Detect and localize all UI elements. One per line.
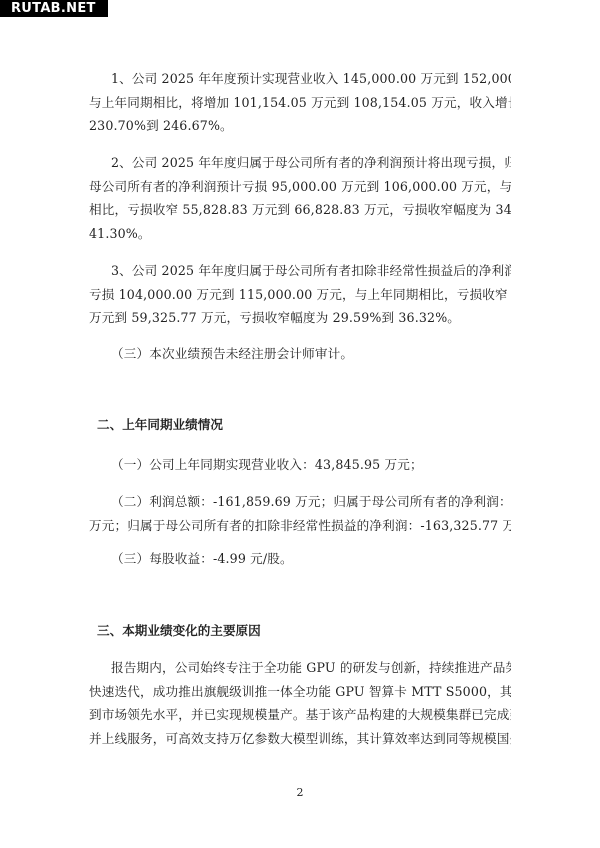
audit-note: （三）本次业绩预告未经注册会计师审计。 [89,342,511,366]
text-line: 1、公司 2025 年年度预计实现营业收入 145,000.00 万元到 152… [89,67,511,91]
text-line: （三）每股收益：-4.99 元/股。 [89,547,511,571]
prior-year-revenue: （一）公司上年同期实现营业收入：43,845.95 万元； [89,453,511,477]
text-line: 快速迭代，成功推出旗舰级训推一体全功能 GPU 智算卡 MTT S5000，其性… [89,680,511,704]
forecast-item-net-profit: 2、公司 2025 年年度归属于母公司所有者的净利润预计将出现亏损，归属于 母公… [89,151,511,245]
prior-year-profit: （二）利润总额：-161,859.69 万元；归属于母公司所有者的净利润：-16… [89,490,511,537]
text-line: 万元；归属于母公司所有者的扣除非经常性损益的净利润：-163,325.77 万元… [89,514,511,538]
text-line: 并上线服务，可高效支持万亿参数大模型训练，其计算效率达到同等规模国外同 [89,727,511,751]
section-heading-prior-year: 二、上年同期业绩情况 [97,416,223,434]
text-line: 相比，亏损收窄 55,828.83 万元到 66,828.83 万元，亏损收窄幅… [89,198,511,222]
prior-year-eps: （三）每股收益：-4.99 元/股。 [89,547,511,571]
text-line: 2、公司 2025 年年度归属于母公司所有者的净利润预计将出现亏损，归属于 [89,151,511,175]
forecast-item-revenue: 1、公司 2025 年年度预计实现营业收入 145,000.00 万元到 152… [89,67,511,138]
reasons-paragraph: 报告期内，公司始终专注于全功能 GPU 的研发与创新，持续推进产品架构 快速迭代… [89,656,511,750]
page-number: 2 [89,786,511,799]
forecast-item-deducted-net-profit: 3、公司 2025 年年度归属于母公司所有者扣除非经常性损益后的净利润预计 亏损… [89,259,511,330]
text-line: 230.70%到 246.67%。 [89,114,511,138]
site-watermark: RUTAB.NET [0,0,108,17]
text-line: （二）利润总额：-161,859.69 万元；归属于母公司所有者的净利润：-16… [89,490,511,514]
text-line: 3、公司 2025 年年度归属于母公司所有者扣除非经常性损益后的净利润预计 [89,259,511,283]
text-line: （一）公司上年同期实现营业收入：43,845.95 万元； [89,453,511,477]
text-line: 万元到 59,325.77 万元，亏损收窄幅度为 29.59%到 36.32%。 [89,306,511,330]
text-line: 与上年同期相比，将增加 101,154.05 万元到 108,154.05 万元… [89,91,511,115]
text-line: 报告期内，公司始终专注于全功能 GPU 的研发与创新，持续推进产品架构 [89,656,511,680]
section-heading-reasons: 三、本期业绩变化的主要原因 [97,622,261,640]
text-line: 母公司所有者的净利润预计亏损 95,000.00 万元到 106,000.00 … [89,175,511,199]
text-line: 到市场领先水平，并已实现规模量产。基于该产品构建的大规模集群已完成建设 [89,703,511,727]
text-line: 亏损 104,000.00 万元到 115,000.00 万元，与上年同期相比，… [89,283,511,307]
text-line: 41.30%。 [89,222,511,246]
text-line: （三）本次业绩预告未经注册会计师审计。 [89,342,511,366]
